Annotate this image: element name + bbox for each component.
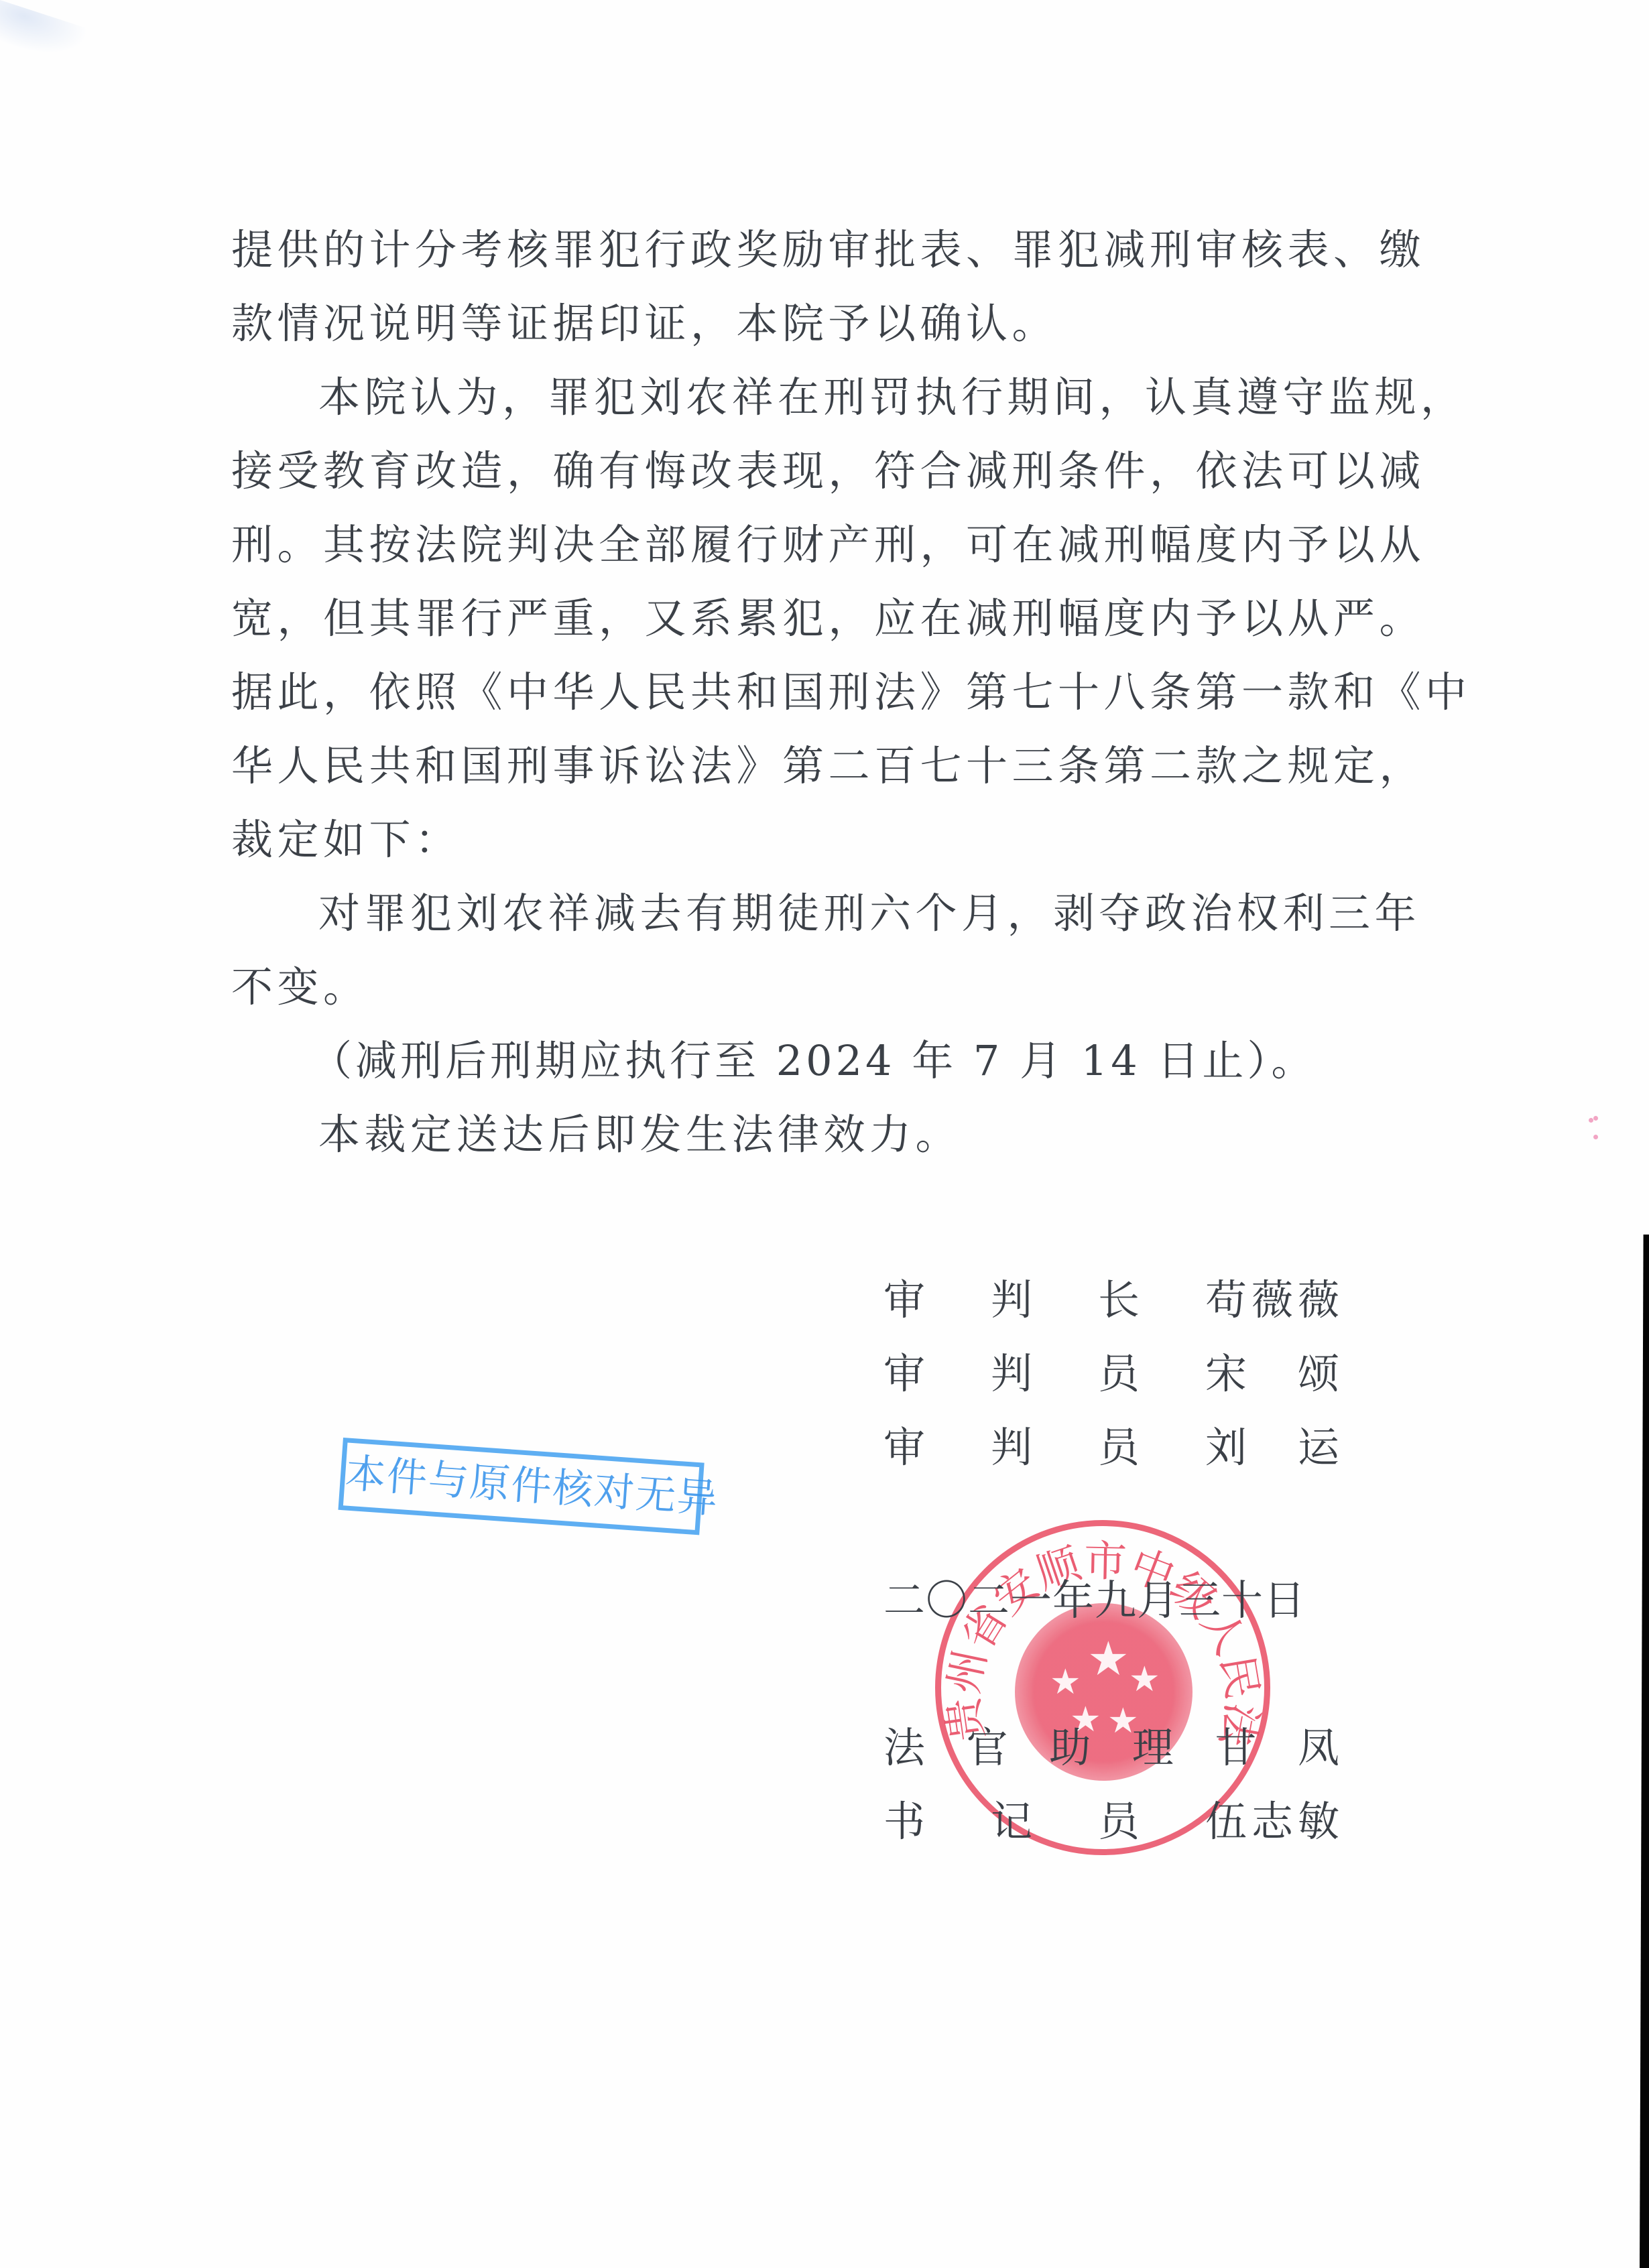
name-char: 薇 [1251,1273,1293,1327]
ruling-body: 提供的计分考核罪犯行政奖励审批表、罪犯减刑审核表、缴 款情况说明等证据印证，本院… [231,213,1384,1172]
signature-court-clerk: 书 记 员 伍志敏 [883,1795,1339,1848]
role-char: 员 [1098,1347,1140,1401]
signature-judge-assistant: 法 官 助 理 甘 凤 [883,1721,1339,1775]
role-char: 理 [1132,1721,1174,1775]
role-char: 审 [883,1347,925,1401]
signatory-name: 刘运 [1205,1421,1339,1474]
role-char: 官 [967,1721,1008,1775]
text-line: 本院认为，罪犯刘农祥在刑罚执行期间，认真遵守监规， [231,361,1384,434]
role-char: 助 [1049,1721,1091,1775]
document-page: 提供的计分考核罪犯行政奖励审批表、罪犯减刑审核表、缴 款情况说明等证据印证，本院… [0,0,1649,2268]
signatory-name: 苟薇薇 [1205,1273,1339,1327]
scan-edge-shadow [1640,1235,1649,2268]
name-char: 宋 [1205,1347,1247,1401]
text-line: 华人民共和国刑事诉讼法》第二百七十三条第二款之规定， [231,729,1384,803]
role-char: 判 [991,1273,1032,1327]
name-char: 敏 [1298,1795,1339,1848]
role-char: 判 [991,1421,1032,1474]
role-char: 记 [991,1795,1032,1848]
role-char: 审 [883,1421,925,1474]
text-line: 接受教育改造，确有悔改表现，符合减刑条件，依法可以减 [231,434,1384,508]
role-char: 长 [1098,1273,1140,1327]
star-icon: ★ [1050,1665,1081,1700]
signatory-name: 宋颂 [1205,1347,1339,1401]
text-line: 刑。其按法院判决全部履行财产刑，可在减刑幅度内予以从 [231,508,1384,582]
name-char: 凤 [1298,1721,1339,1775]
text-line: 提供的计分考核罪犯行政奖励审批表、罪犯减刑审核表、缴 [231,213,1384,287]
name-char: 运 [1298,1421,1339,1474]
signature-presiding-judge: 审 判 长 苟薇薇 [883,1273,1339,1327]
name-char: 志 [1251,1795,1293,1848]
role-char: 法 [883,1721,925,1775]
name-char: 刘 [1205,1421,1247,1474]
signature-judge-2: 审 判 员 刘运 [883,1421,1339,1474]
star-icon: ★ [1129,1662,1160,1697]
name-char: 薇 [1298,1273,1339,1327]
text-line: 不变。 [231,950,1384,1024]
stray-ink-dot [1593,1135,1598,1139]
name-char: 苟 [1205,1273,1247,1327]
text-line: 款情况说明等证据印证，本院予以确认。 [231,287,1384,361]
name-char: 甘 [1215,1721,1256,1775]
text-line: 裁定如下： [231,803,1384,877]
text-line: 本裁定送达后即发生法律效力。 [231,1098,1384,1172]
signatory-name: 伍志敏 [1205,1795,1339,1848]
role-char: 审 [883,1273,925,1327]
ruling-date: 二〇二一年九月三十日 [883,1574,1306,1627]
scan-smudge [0,0,89,67]
role-char: 员 [1098,1795,1140,1848]
role-char: 书 [883,1795,925,1848]
stray-ink-dot [1589,1118,1593,1123]
text-line: 宽，但其罪行严重，又系累犯，应在减刑幅度内予以从严。 [231,582,1384,655]
text-line: （减刑后刑期应执行至 2024 年 7 月 14 日止）。 [231,1024,1384,1098]
star-icon: ★ [1087,1635,1129,1682]
verification-stamp: 本件与原件核对无异 [338,1438,704,1535]
text-line: 对罪犯刘农祥减去有期徒刑六个月，剥夺政治权利三年 [231,877,1384,950]
role-char: 员 [1098,1421,1140,1474]
name-char: 颂 [1298,1347,1339,1401]
name-char: 伍 [1205,1795,1247,1848]
stray-ink-dot [1593,1116,1598,1121]
text-line: 据此，依照《中华人民共和国刑法》第七十八条第一款和《中 [231,655,1384,729]
role-char: 判 [991,1347,1032,1401]
signature-judge-1: 审 判 员 宋颂 [883,1347,1339,1401]
